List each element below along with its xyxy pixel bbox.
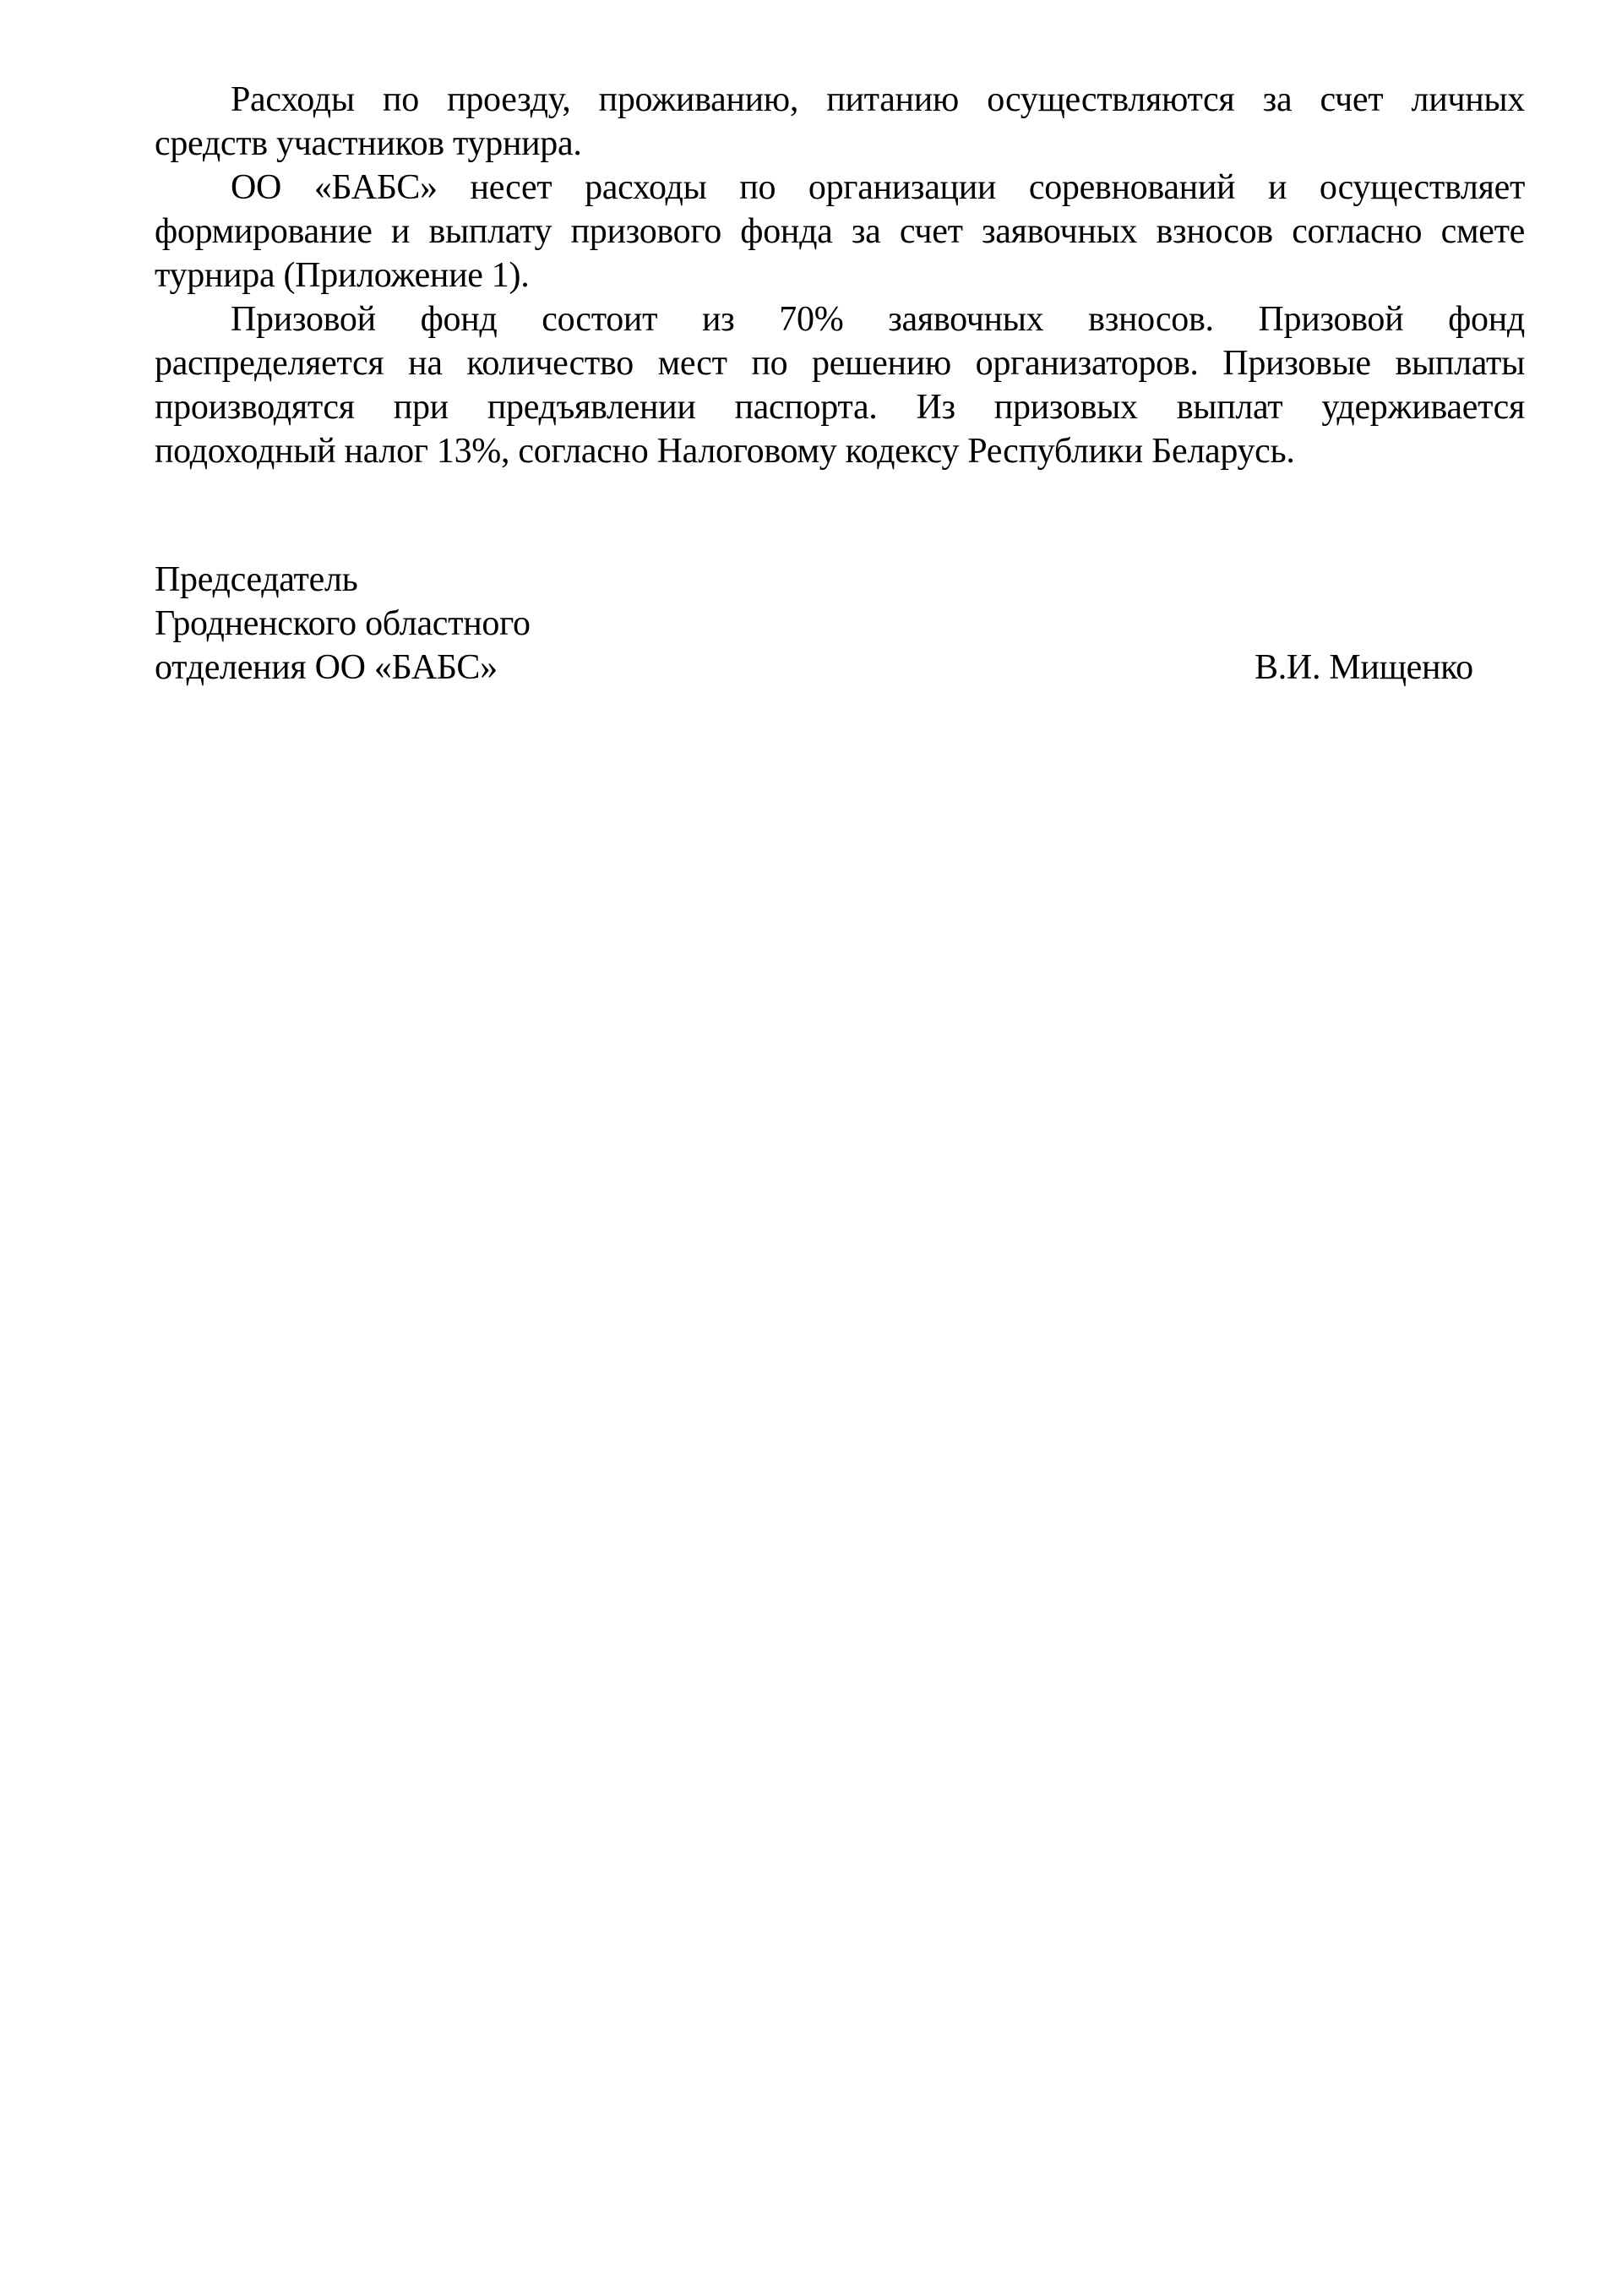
- paragraph-3-line-1: Призовой фонд состоит из 70% заявочных в…: [155, 297, 1525, 341]
- paragraph-2-line-3: турнира (Приложение 1).: [155, 254, 1525, 297]
- body-text: Расходы по проезду, проживанию, питанию …: [155, 78, 1525, 473]
- paragraph-2-line-1: ОО «БАБС» несет расходы по организации с…: [155, 166, 1525, 210]
- paragraph-3-line-2: распределяется на количество мест по реш…: [155, 341, 1525, 385]
- document-page: Расходы по проезду, проживанию, питанию …: [0, 0, 1622, 2296]
- signatory-title-line-1: Председатель: [155, 558, 1525, 602]
- signatory-title-line-2: Гродненского областного: [155, 602, 1525, 646]
- paragraph-1-line-2: средств участников турнира.: [155, 122, 1525, 166]
- signatory-name: В.И. Мищенко: [1255, 646, 1473, 690]
- paragraph-3-line-4: подоходный налог 13%, согласно Налоговом…: [155, 429, 1525, 473]
- paragraph-3-line-3: производятся при предъявлении паспорта. …: [155, 385, 1525, 429]
- paragraph-1-line-1: Расходы по проезду, проживанию, питанию …: [155, 78, 1525, 122]
- paragraph-2-line-2: формирование и выплату призового фонда з…: [155, 210, 1525, 254]
- signature-block: Председатель Гродненского областного отд…: [155, 558, 1525, 690]
